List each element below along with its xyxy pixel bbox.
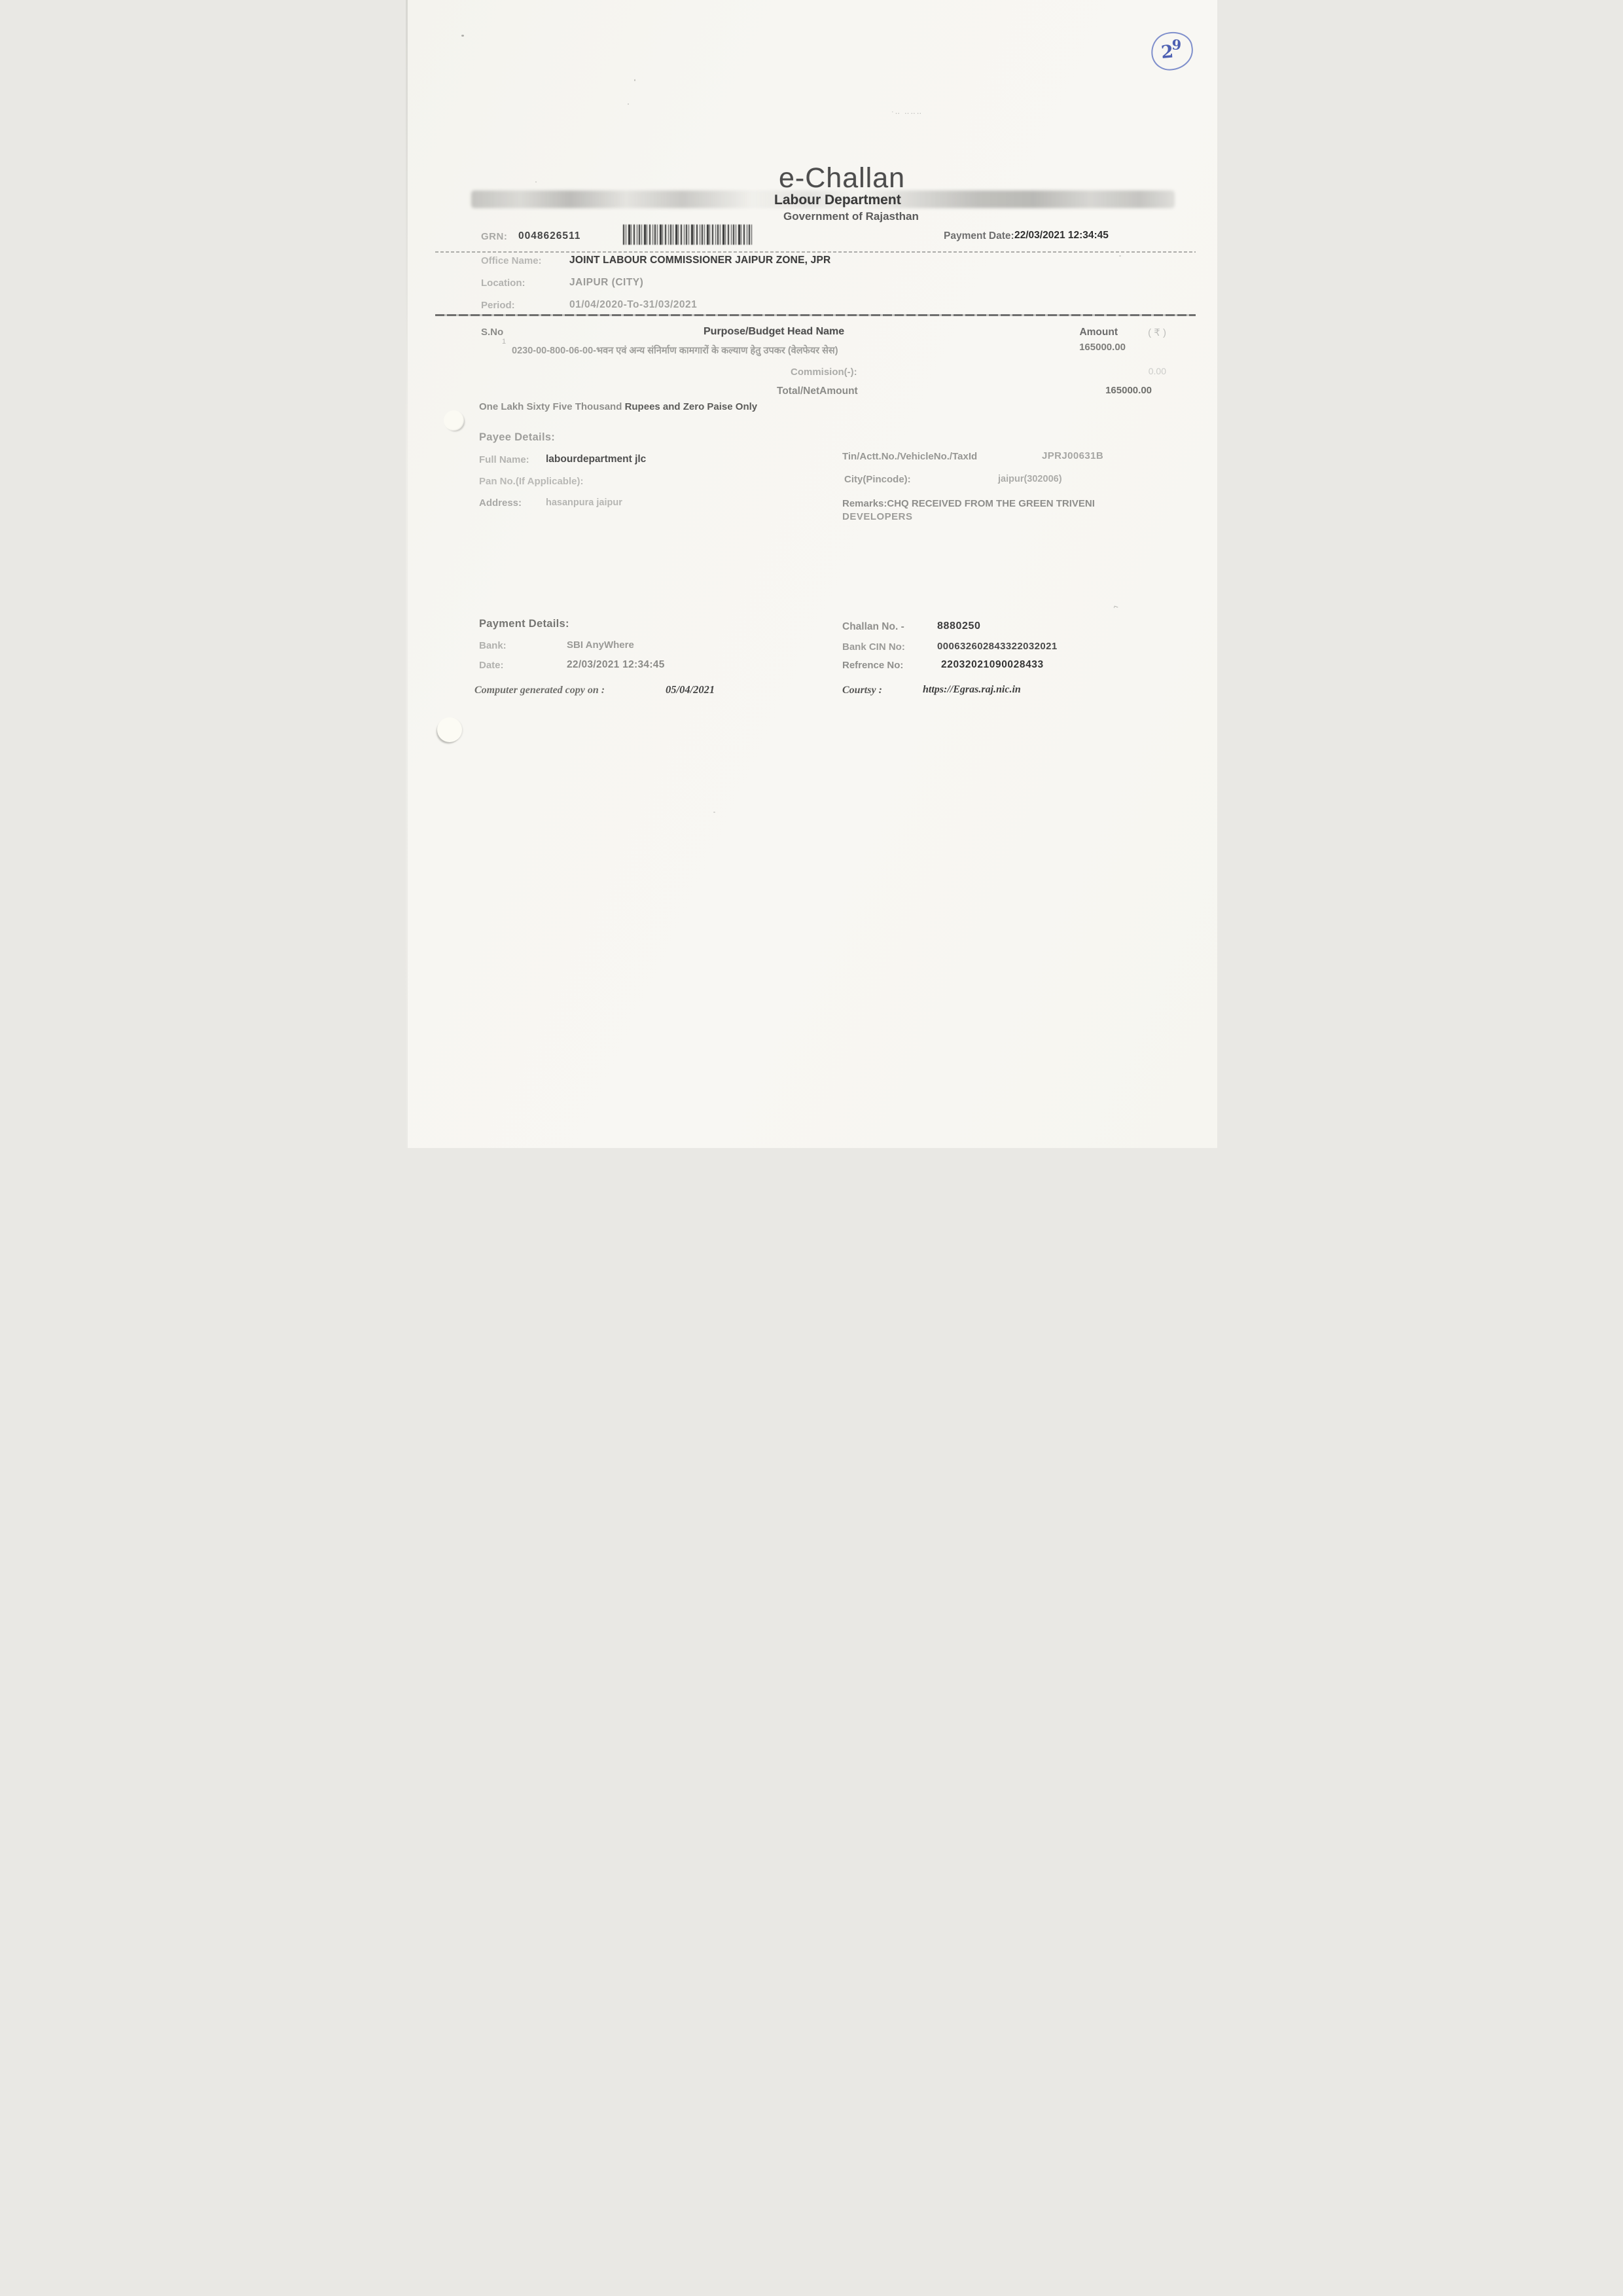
punch-hole [444, 410, 464, 431]
challan-no-label: Challan No. - [842, 621, 904, 633]
government-name: Government of Rajasthan [783, 210, 919, 223]
bank-cin-label: Bank CIN No: [842, 641, 905, 653]
computer-generated-date: 05/04/2021 [666, 683, 715, 696]
date-label: Date: [479, 660, 504, 671]
city-pincode-value: jaipur(302006) [998, 474, 1062, 484]
bank-value: SBI AnyWhere [567, 639, 634, 651]
column-header-sno: S.No [481, 327, 503, 338]
department-name: Labour Department [774, 192, 901, 208]
payee-details-heading: Payee Details: [479, 431, 555, 444]
courtesy-label: Courtsy : [842, 685, 882, 696]
handwritten-circled-number: 29 [1149, 29, 1196, 73]
scan-noise-mark: ⌐ [1113, 601, 1120, 612]
document-title: e-Challan [779, 162, 905, 194]
scan-speck [1119, 255, 1121, 257]
address-value: hasanpura jaipur [546, 497, 622, 508]
rupee-currency-symbol: ( ₹ ) [1148, 327, 1166, 338]
full-name-label: Full Name: [479, 454, 529, 465]
table-row-budget-head: 0230-00-800-06-00-भवन एवं अन्य संनिर्माण… [512, 344, 838, 357]
period-value: 01/04/2020-To-31/03/2021 [569, 299, 697, 311]
scan-noise-dots: ·‥ ‥‥‥ [891, 107, 923, 116]
section-divider [435, 314, 1196, 316]
reference-no-label: Refrence No: [842, 660, 903, 671]
office-name-label: Office Name: [481, 255, 542, 266]
location-label: Location: [481, 278, 526, 289]
remarks-line1: Remarks:CHQ RECEIVED FROM THE GREEN TRIV… [842, 498, 1095, 509]
city-pincode-label: City(Pincode): [844, 474, 911, 485]
location-value: JAIPUR (CITY) [569, 277, 643, 289]
commission-label: Commision(-): [791, 367, 857, 378]
payment-date-value: 22/03/2021 12:34:45 [1014, 230, 1109, 242]
challan-no-value: 8880250 [937, 620, 981, 632]
pan-label: Pan No.(If Applicable): [479, 476, 583, 487]
total-net-amount-label: Total/NetAmount [777, 386, 858, 397]
full-name-value: labourdepartment jlc [546, 454, 646, 465]
scan-speck [461, 35, 464, 37]
amount-in-words: One Lakh Sixty Five Thousand Rupees and … [479, 401, 757, 412]
scan-speck [713, 812, 715, 813]
payment-date-label: Payment Date: [944, 230, 1014, 242]
grn-label: GRN: [481, 231, 507, 242]
remarks-line2: DEVELOPERS [842, 511, 913, 522]
total-net-amount-value: 165000.00 [1105, 385, 1152, 396]
table-row-amount: 165000.00 [1079, 342, 1126, 353]
bank-label: Bank: [479, 640, 507, 651]
scan-speck [628, 103, 629, 105]
tin-account-label: Tin/Actt.No./VehicleNo./TaxId [842, 451, 977, 462]
office-name-value: JOINT LABOUR COMMISSIONER JAIPUR ZONE, J… [569, 255, 830, 266]
tin-account-value: JPRJ00631B [1042, 450, 1103, 461]
column-header-purpose: Purpose/Budget Head Name [704, 326, 844, 338]
payment-details-heading: Payment Details: [479, 618, 569, 630]
barcode [623, 224, 753, 245]
commission-value: 0.00 [1149, 366, 1166, 376]
punch-hole [437, 717, 462, 742]
echallan-scanned-document: ·‥ ‥‥‥ ⌐ 29 e-Challan Labour Department … [406, 0, 1217, 1148]
reference-no-value: 22032021090028433 [941, 659, 1044, 671]
dotted-divider [435, 251, 1196, 253]
handwritten-digit: 9 [1171, 36, 1182, 53]
date-value: 22/03/2021 12:34:45 [567, 659, 665, 671]
scan-speck [535, 181, 537, 183]
address-label: Address: [479, 497, 522, 509]
amount-in-words-part2: Rupees and Zero Paise Only [625, 401, 758, 412]
courtesy-url: https://Egras.raj.nic.in [923, 684, 1021, 696]
column-header-amount: Amount [1079, 327, 1118, 338]
bank-cin-value: 000632602843322032021 [937, 641, 1058, 652]
computer-generated-label: Computer generated copy on : [474, 685, 605, 696]
period-label: Period: [481, 300, 515, 311]
table-row-sno: 1 [502, 338, 506, 346]
scan-speck [634, 79, 635, 81]
grn-number: 0048626511 [518, 230, 580, 242]
amount-in-words-part1: One Lakh Sixty Five Thousand [479, 401, 622, 412]
